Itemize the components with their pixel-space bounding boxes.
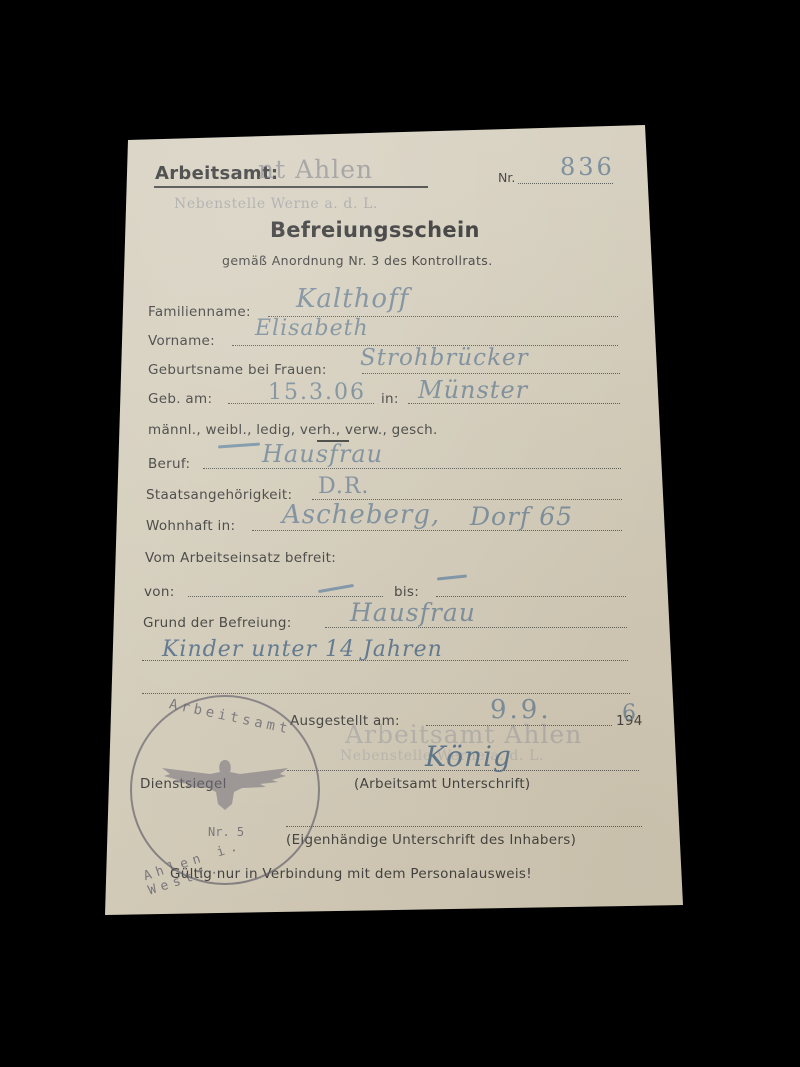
label-grund: Grund der Befreiung: xyxy=(143,615,292,631)
line-grund xyxy=(325,627,627,628)
exemption-certificate-card: Arbeitsamt: nt Ahlen Nebenstelle Werne a… xyxy=(0,0,800,1067)
value-grund-line2: Kinder unter 14 Jahren xyxy=(162,637,443,662)
marital-status-options: männl., weibl., ledig, verh., verw., ges… xyxy=(148,422,438,438)
header-underline xyxy=(154,186,428,188)
seal-number: Nr. 5 xyxy=(208,825,244,839)
value-bis-dash xyxy=(437,574,467,580)
value-von-dash xyxy=(318,584,354,593)
year-suffix: 6 xyxy=(622,701,637,726)
label-von: von: xyxy=(144,584,175,600)
value-ausgestellt-date: 9.9. xyxy=(490,695,552,725)
official-seal-stamp: Arbeitsamt Nr. 5 Ahlen i. Westf. xyxy=(130,695,320,885)
label-geb-in: in: xyxy=(381,391,399,407)
official-signature-caption: (Arbeitsamt Unterschrift) xyxy=(354,776,531,792)
holder-signature-caption: (Eigenhändige Unterschrift des Inhabers) xyxy=(286,832,576,848)
label-ausgestellt: Ausgestellt am: xyxy=(290,713,400,729)
branch-stamp: Nebenstelle Werne a. d. L. xyxy=(174,196,378,212)
line-blank xyxy=(142,693,630,694)
value-geb-in: Münster xyxy=(418,376,528,404)
document-title: Befreiungsschein xyxy=(270,218,480,242)
official-signature: König xyxy=(425,740,512,773)
value-beruf: Hausfrau xyxy=(262,440,383,468)
label-befreit-heading: Vom Arbeitseinsatz befreit: xyxy=(145,550,336,566)
value-wohnhaft-street: Dorf 65 xyxy=(470,502,573,531)
seal-top-text: Arbeitsamt xyxy=(168,696,293,737)
value-grund: Hausfrau xyxy=(350,598,476,627)
document-subtitle: gemäß Anordnung Nr. 3 des Kontrollrats. xyxy=(222,253,493,268)
number-value: 836 xyxy=(560,153,615,181)
label-staatsangehoerigkeit: Staatsangehörigkeit: xyxy=(146,487,292,503)
label-familienname: Familienname: xyxy=(148,304,251,320)
line-bis xyxy=(436,596,626,597)
eagle-emblem-icon xyxy=(160,752,290,812)
value-geb-am: 15.3.06 xyxy=(268,380,366,405)
value-geburtsname: Strohbrücker xyxy=(360,345,529,371)
line-holder-signature xyxy=(286,826,642,827)
label-beruf: Beruf: xyxy=(148,456,190,472)
label-geb-am: Geb. am: xyxy=(148,391,212,407)
label-vorname: Vorname: xyxy=(148,333,215,349)
line-ausgestellt xyxy=(426,725,612,726)
value-staatsangehoerigkeit: D.R. xyxy=(318,474,369,499)
value-vorname: Elisabeth xyxy=(255,316,369,341)
value-wohnhaft-place: Ascheberg, xyxy=(282,500,440,530)
office-stamp: nt Ahlen xyxy=(258,155,373,184)
line-beruf xyxy=(203,468,621,469)
label-geburtsname: Geburtsname bei Frauen: xyxy=(148,362,327,378)
status-strike-mark xyxy=(218,443,260,449)
number-line xyxy=(518,183,613,184)
label-wohnhaft: Wohnhaft in: xyxy=(146,518,235,534)
line-von xyxy=(188,596,383,597)
line-geburtsname xyxy=(362,373,620,374)
number-label: Nr. xyxy=(498,170,515,185)
value-familienname: Kalthoff xyxy=(296,284,409,314)
